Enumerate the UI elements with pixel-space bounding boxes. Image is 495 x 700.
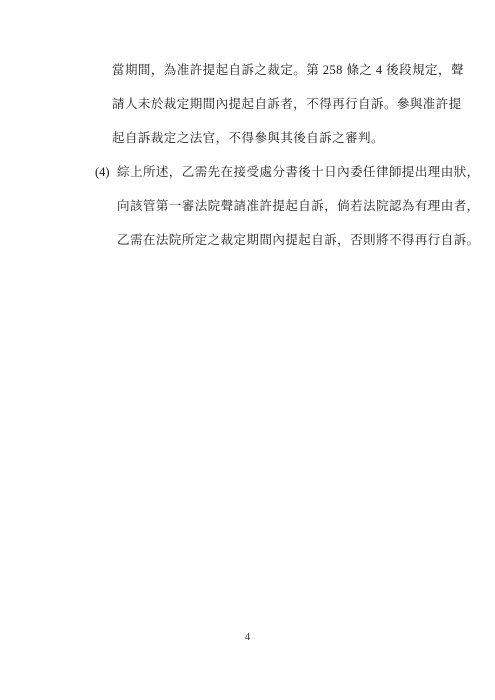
paragraph-item-4: (4)綜上所述，乙需先在接受處分書後十日內委任律師提出理由狀， 向該管第一審法院… [95, 155, 470, 257]
list-item-text: 綜上所述，乙需先在接受處分書後十日內委任律師提出理由狀， [117, 165, 480, 179]
text-line: 乙需在法院所定之裁定期間內提起自訴，否則將不得再行自訴。 [117, 223, 470, 257]
page-number: 4 [0, 629, 495, 645]
document-page: 當期間，為准許提起自訴之裁定。第 258 條之 4 後段規定，聲 請人未於裁定期… [0, 0, 495, 700]
text-line: 請人未於裁定期間內提起自訴者，不得再行自訴。參與准許提 [112, 87, 470, 121]
document-body: 當期間，為准許提起自訴之裁定。第 258 條之 4 後段規定，聲 請人未於裁定期… [95, 53, 470, 257]
text-line: (4)綜上所述，乙需先在接受處分書後十日內委任律師提出理由狀， [95, 155, 470, 189]
text-line: 起自訴裁定之法官，不得參與其後自訴之審判。 [112, 121, 470, 155]
text-line: 當期間，為准許提起自訴之裁定。第 258 條之 4 後段規定，聲 [112, 53, 470, 87]
text-line: 向該管第一審法院聲請准許提起自訴，倘若法院認為有理由者， [117, 189, 470, 223]
list-item-marker: (4) [95, 155, 117, 189]
paragraph-continuation: 當期間，為准許提起自訴之裁定。第 258 條之 4 後段規定，聲 請人未於裁定期… [95, 53, 470, 155]
